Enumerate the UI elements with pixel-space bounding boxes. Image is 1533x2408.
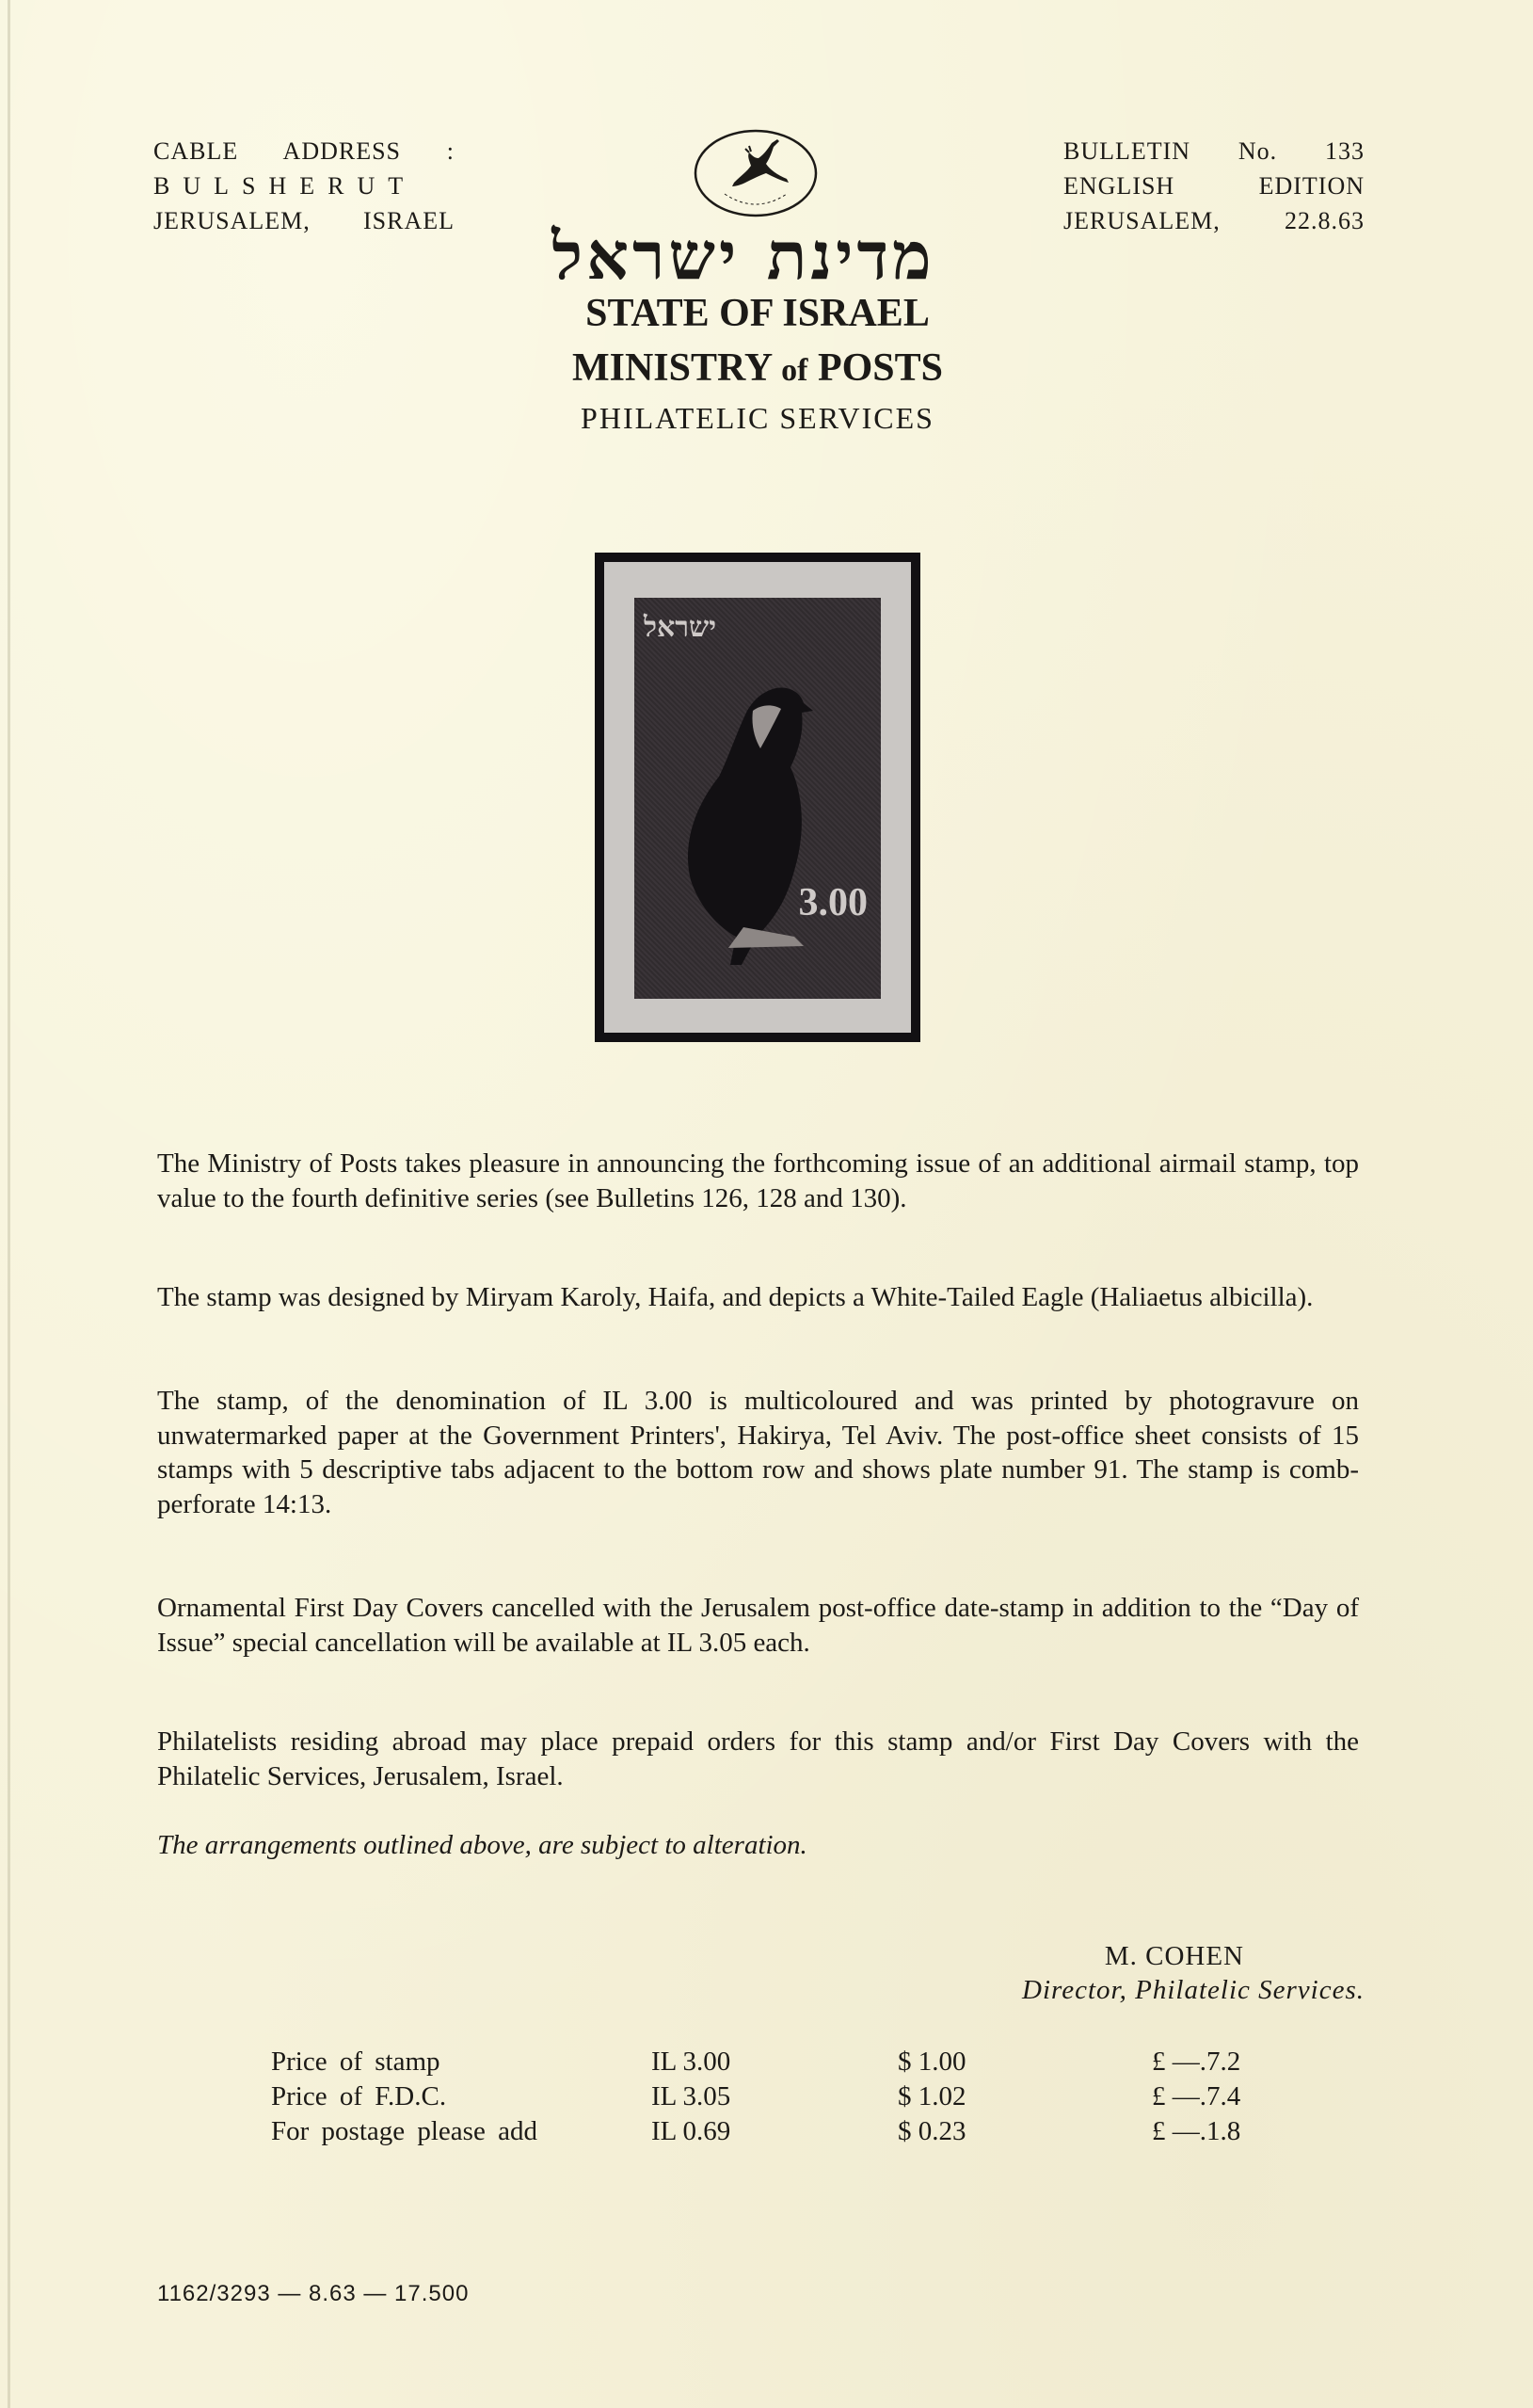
- eagle-stamp-image: ישראל 3.00: [595, 553, 920, 1042]
- signatory-name: M. COHEN: [922, 1939, 1365, 1973]
- price-usd: $ 1.00: [898, 2045, 1152, 2079]
- bulletin-number: BULLETIN No. 133: [1063, 134, 1365, 169]
- designer-paragraph: The stamp was designed by Miryam Karoly,…: [157, 1280, 1359, 1315]
- printing-details-paragraph: The stamp, of the denomination of IL 3.0…: [157, 1384, 1359, 1521]
- price-gbp: £ —.1.8: [1152, 2114, 1265, 2149]
- leaping-deer-emblem-icon: [693, 128, 819, 218]
- table-row: Price of stamp IL 3.00 $ 1.00 £ —.7.2: [271, 2045, 1265, 2079]
- price-label: For postage please add: [271, 2114, 651, 2149]
- alteration-notice: The arrangements outlined above, are sub…: [157, 1828, 1359, 1863]
- first-day-covers-paragraph: Ornamental First Day Covers cancelled wi…: [157, 1591, 1359, 1660]
- ministry-title-part1: MINISTRY: [572, 346, 781, 390]
- price-table: Price of stamp IL 3.00 $ 1.00 £ —.7.2 Pr…: [271, 2045, 1265, 2149]
- price-il: IL 3.05: [651, 2079, 898, 2114]
- cable-address-city: JERUSALEM, ISRAEL: [153, 203, 455, 238]
- ministry-title-part2: POSTS: [807, 346, 943, 390]
- price-gbp: £ —.7.2: [1152, 2045, 1265, 2079]
- price-usd: $ 0.23: [898, 2114, 1152, 2149]
- price-usd: $ 1.02: [898, 2079, 1152, 2114]
- table-row: Price of F.D.C. IL 3.05 $ 1.02 £ —.7.4: [271, 2079, 1265, 2114]
- price-gbp: £ —.7.4: [1152, 2079, 1265, 2114]
- printer-code: 1162/3293 — 8.63 — 17.500: [157, 2281, 469, 2307]
- bulletin-info-block: BULLETIN No. 133 ENGLISH EDITION JERUSAL…: [1063, 134, 1365, 238]
- paper-fold-line: [8, 0, 10, 2408]
- cable-address-label: CABLE ADDRESS :: [153, 134, 455, 169]
- stamp-hebrew-label: ישראל: [644, 611, 716, 644]
- eagle-icon: [663, 654, 851, 974]
- state-title: STATE OF ISRAEL: [471, 290, 1045, 337]
- orders-abroad-paragraph: Philatelists residing abroad may place p…: [157, 1725, 1359, 1793]
- bulletin-edition: ENGLISH EDITION: [1063, 169, 1365, 203]
- cable-address-block: CABLE ADDRESS : BULSHERUT JERUSALEM, ISR…: [153, 134, 455, 238]
- announcement-paragraph: The Ministry of Posts takes pleasure in …: [157, 1147, 1359, 1215]
- price-il: IL 0.69: [651, 2114, 898, 2149]
- price-il: IL 3.00: [651, 2045, 898, 2079]
- stamp-design: ישראל 3.00: [634, 598, 881, 999]
- cable-address-value: BULSHERUT: [153, 169, 455, 203]
- ministry-title: MINISTRY of POSTS: [471, 345, 1045, 394]
- table-row: For postage please add IL 0.69 $ 0.23 £ …: [271, 2114, 1265, 2149]
- signatory-title: Director, Philatelic Services.: [922, 1973, 1365, 2007]
- price-label: Price of F.D.C.: [271, 2079, 651, 2114]
- ministry-title-of: of: [781, 353, 807, 388]
- hebrew-state-title: מדינת ישראל: [527, 218, 960, 294]
- signature-block: M. COHEN Director, Philatelic Services.: [922, 1939, 1365, 2007]
- price-label: Price of stamp: [271, 2045, 651, 2079]
- stamp-denomination: 3.00: [799, 880, 869, 925]
- bulletin-date: JERUSALEM, 22.8.63: [1063, 203, 1365, 238]
- services-title: PHILATELIC SERVICES: [471, 399, 1045, 437]
